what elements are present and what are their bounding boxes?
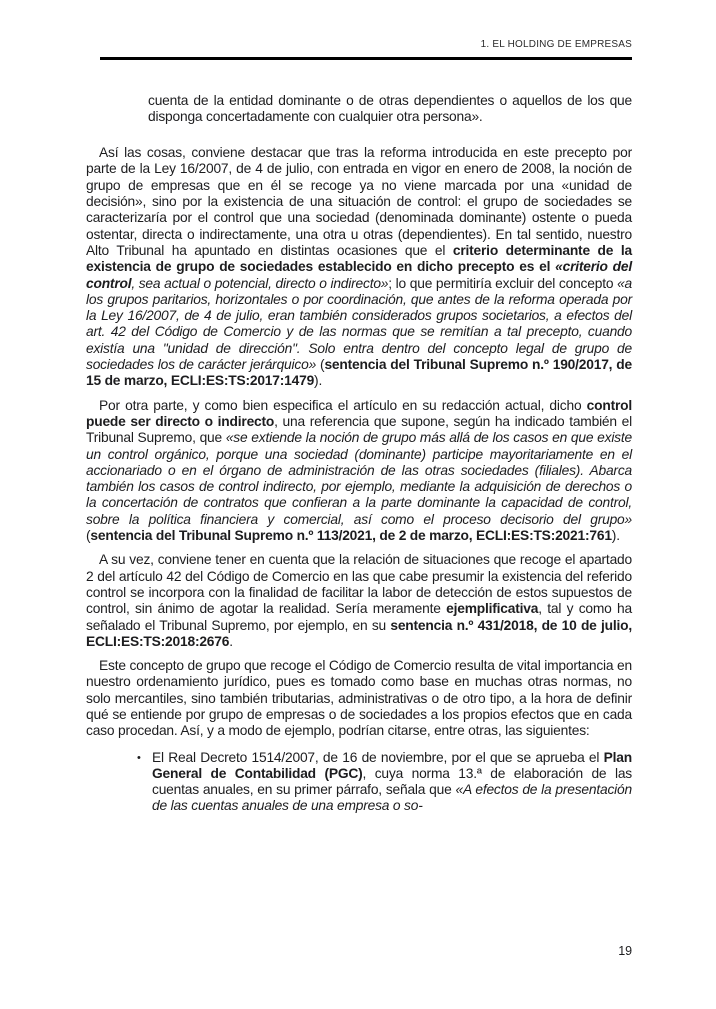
quote-continuation: cuenta de la entidad dominante o de otra…	[148, 93, 632, 126]
list-item-rd-1514-2007: • El Real Decreto 1514/2007, de 16 de no…	[137, 750, 632, 815]
paragraph-code-of-commerce-importance: Este concepto de grupo que recoge el Cód…	[86, 658, 632, 739]
document-page: 1. EL HOLDING DE EMPRESAS cuenta de la e…	[0, 0, 716, 1009]
bullet-icon: •	[137, 750, 152, 815]
paragraph-direct-indirect-control: Por otra parte, y como bien especifica e…	[86, 398, 632, 545]
paragraph-reform-control-criterion: Así las cosas, conviene destacar que tra…	[86, 145, 632, 389]
running-header: 1. EL HOLDING DE EMPRESAS	[86, 39, 632, 60]
list-item-text: El Real Decreto 1514/2007, de 16 de novi…	[152, 750, 632, 815]
paragraph-presumption-examples: A su vez, conviene tener en cuenta que l…	[86, 552, 632, 650]
page-body: cuenta de la entidad dominante o de otra…	[86, 93, 632, 815]
chapter-header-title: 1. EL HOLDING DE EMPRESAS	[86, 39, 632, 50]
header-rule	[100, 57, 632, 60]
page-number: 19	[618, 944, 632, 958]
